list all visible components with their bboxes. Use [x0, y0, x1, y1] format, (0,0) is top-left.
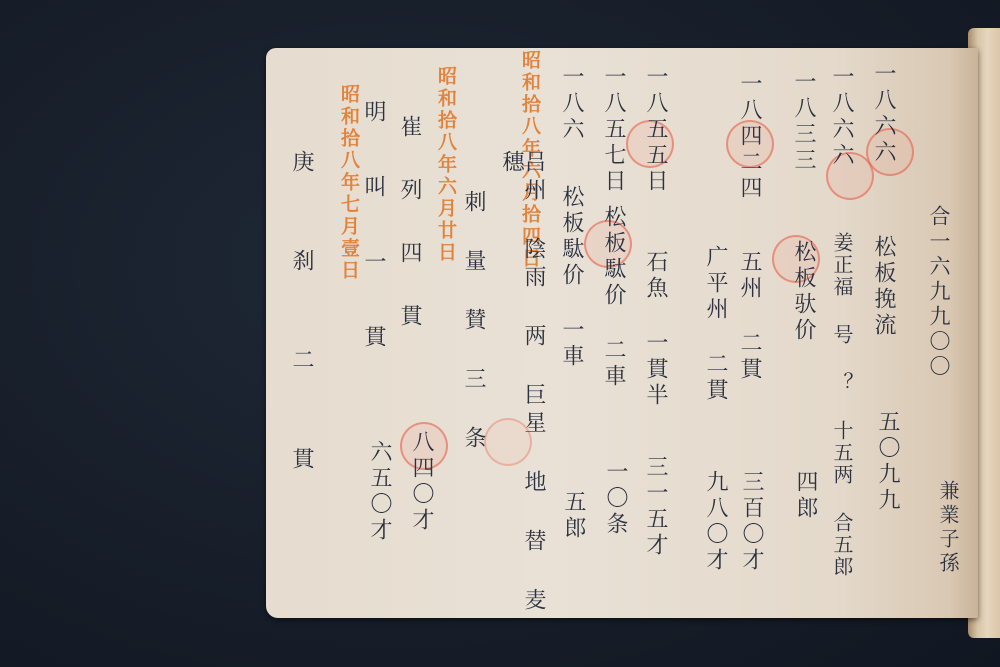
entry-amount: 三百〇才 [740, 470, 762, 574]
entry-item: 松板駄价 二車 [602, 205, 624, 390]
entry-item: 吕州 陰雨 两 巨星 地 替 麦 穗 [500, 150, 544, 667]
margin-note: 兼業子孫 [938, 480, 958, 576]
entry-item: 松板挽流 [872, 235, 894, 339]
entry-item: 刺 量 賛 三 条 [462, 190, 484, 454]
entry-item: 石魚 一貫半 [644, 250, 666, 409]
entry-date: 一八六六 [872, 62, 894, 166]
date-stamp: 昭和拾八年六月廿日 [433, 66, 460, 264]
entry-amount: 五〇九九 [876, 410, 898, 514]
entry-date: 一八三三 [792, 70, 814, 174]
entry-amount: 四郎 [794, 470, 816, 522]
entry-item: 明 叫 一 貫 [362, 100, 384, 361]
entry-item: 庚 刹 二 貫 [290, 150, 312, 495]
entry-date: 一八六六 [830, 65, 852, 169]
entry-amount: 八四〇才 [410, 430, 432, 534]
entry-item: 崔 列 四 貫 [398, 115, 420, 334]
entry-date: 一八四二四 [738, 72, 760, 202]
entry-amount: 三一五才 [644, 455, 666, 559]
entry-item: 松板駄价 一車 [560, 185, 582, 370]
entry-amount: 九八〇才 [704, 470, 726, 574]
date-stamp: 昭和拾八年七月壹日 [336, 84, 363, 282]
entry-item: 广平州 二貫 [704, 245, 726, 404]
entry-amount: 一〇条 [604, 460, 626, 538]
entry-item: 姜正福 号 ？ 十五两 合五郎 [832, 232, 852, 578]
entry-amount: 五郎 [562, 490, 584, 542]
margin-total: 合一六九九〇〇 [928, 205, 949, 380]
entry-date: 一八五五日 [644, 65, 666, 195]
entry-date: 一八六 [560, 65, 582, 143]
entry-item: 五州 二貫 [738, 250, 760, 383]
entry-date: 一八五七日 [602, 65, 624, 195]
entry-item: 松板驮价 [792, 240, 814, 344]
entry-amount: 六五〇才 [368, 440, 390, 544]
